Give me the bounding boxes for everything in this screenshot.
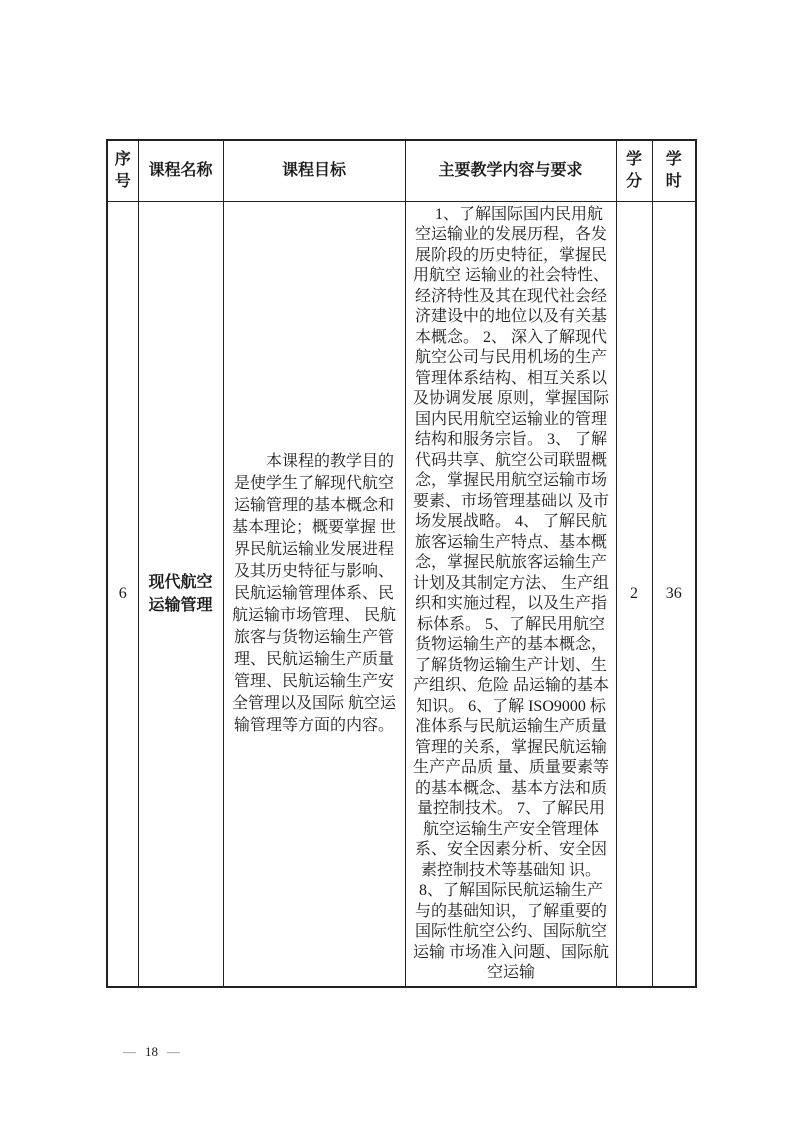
table-header-row: 序号 课程名称 课程目标 主要教学内容与要求 学分 学时 [107,140,696,201]
footer-right-dash: — [167,1044,180,1060]
header-course-objectives: 课程目标 [223,140,405,201]
header-course-name: 课程名称 [138,140,223,201]
course-table: 序号 课程名称 课程目标 主要教学内容与要求 学分 学时 6 现代航空运输管理 … [106,139,697,988]
course-row: 6 现代航空运输管理 本课程的教学目的是使学生了解现代航空运输管理的基本概念和基… [107,201,696,987]
header-teaching-content: 主要教学内容与要求 [405,140,616,201]
page-footer: — 18 — [123,1044,180,1060]
page-number: 18 [145,1044,158,1060]
cell-teaching-content: 1、了解国际国内民用航空运输业的发展历程，各发展阶段的历史特征，掌握民用航空 运… [405,201,616,987]
header-credits: 学分 [616,140,652,201]
cell-credits-value: 2 [616,201,652,987]
header-seq: 序号 [107,140,138,201]
document-page: 序号 课程名称 课程目标 主要教学内容与要求 学分 学时 6 现代航空运输管理 … [0,0,793,1122]
footer-left-dash: — [123,1044,136,1060]
cell-course-objectives: 本课程的教学目的是使学生了解现代航空运输管理的基本概念和基本理论；概要掌握 世界… [223,201,405,987]
cell-hours-value: 36 [652,201,696,987]
cell-course-name: 现代航空运输管理 [138,201,223,987]
header-hours: 学时 [652,140,696,201]
cell-seq-number: 6 [107,201,138,987]
